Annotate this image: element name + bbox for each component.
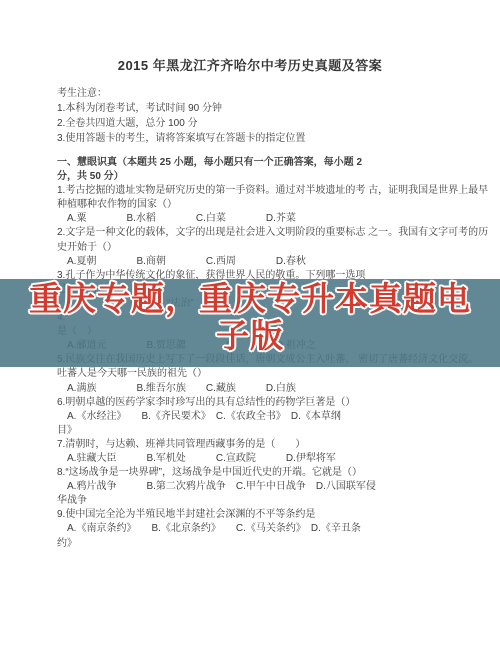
options-row: A.《南京条约》 B.《北京条约》 C.《马关条约》 D.《辛丑条: [57, 522, 490, 536]
doc-line: 2.文字是一种文化的载体，文字的出现是社会进入文明阶段的重要标志 之一。我国有文…: [57, 226, 490, 240]
notice-block: 考生注意： 1.本科为闭卷考试，考试时间 90 分钟2.全卷共四道大题，总分 1…: [57, 86, 480, 146]
options-row: A.夏朝 B.商朝 C.西周 D.春秋: [57, 255, 490, 269]
doc-line: 6.明朝卓越的医药学家李时珍写出的具有总结性的药物学巨著是（）: [57, 396, 490, 410]
doc-line: 分，共 50 分）: [57, 170, 490, 184]
doc-line: 一、慧眼识真（本题共 25 小题，每小题只有一个正确答案，每小题 2: [57, 156, 490, 170]
exam-document-page: 2015 年黑龙江齐齐哈尔中考历史真题及答案 考生注意： 1.本科为闭卷考试，考…: [0, 0, 500, 647]
doc-line: 目》: [57, 424, 490, 438]
options-row: A.粟 B.水稻 C.白菜 D.芥菜: [57, 212, 490, 226]
doc-line: 1.考古挖掘的遗址实物是研究历史的第一手资料。通过对半坡遗址的考 古，证明我国是…: [57, 184, 490, 198]
doc-line: 约》: [57, 537, 490, 551]
options-row: A.鸦片战争 B.第二次鸦片战争 C.甲午中日战争 D.八国联军侵: [57, 480, 490, 494]
notice-heading: 考生注意：: [57, 86, 480, 101]
watermark-text-line2: 子版: [0, 317, 500, 354]
notice-item: 2.全卷共四道大题，总分 100 分: [57, 116, 480, 131]
notice-item: 3.使用答题卡的考生，请将答案填写在答题卡的指定位置: [57, 131, 480, 146]
doc-line: 7.清朝时，与达赖、班禅共同管理西藏事务的是（ ）: [57, 438, 490, 452]
doc-line: 华战争: [57, 494, 490, 508]
watermark-banner: 重庆专题，重庆专升本真题电 子版: [0, 280, 500, 354]
doc-line: 史开始于（）: [57, 241, 490, 255]
watermark-text-line1: 重庆专题，重庆专升本真题电: [0, 280, 500, 317]
notice-item: 1.本科为闭卷考试，考试时间 90 分钟: [57, 101, 480, 116]
options-row: A.驻藏大臣 B.军机处 C.宣政院 D.伊犁将军: [57, 452, 490, 466]
doc-line: 吐蕃人是今天哪一民族的祖先（）: [57, 367, 490, 381]
options-row: A.《水经注》 B.《齐民要术》 C.《农政全书》 D.《本草纲: [57, 410, 490, 424]
document-title: 2015 年黑龙江齐齐哈尔中考历史真题及答案: [0, 55, 500, 74]
options-row: A.满族 B.维吾尔族 C.藏族 D.白族: [57, 382, 490, 396]
doc-line: 8.“这场战争是一块界碑”，这场战争是中国近代史的开端。它就是（）: [57, 466, 490, 480]
notice-items: 1.本科为闭卷考试，考试时间 90 分钟2.全卷共四道大题，总分 100 分3.…: [57, 101, 480, 146]
doc-line: 种植哪种农作物的国家（）: [57, 198, 490, 212]
doc-line: 9.使中国完全沦为半殖民地半封建社会深渊的不平等条约是: [57, 508, 490, 522]
